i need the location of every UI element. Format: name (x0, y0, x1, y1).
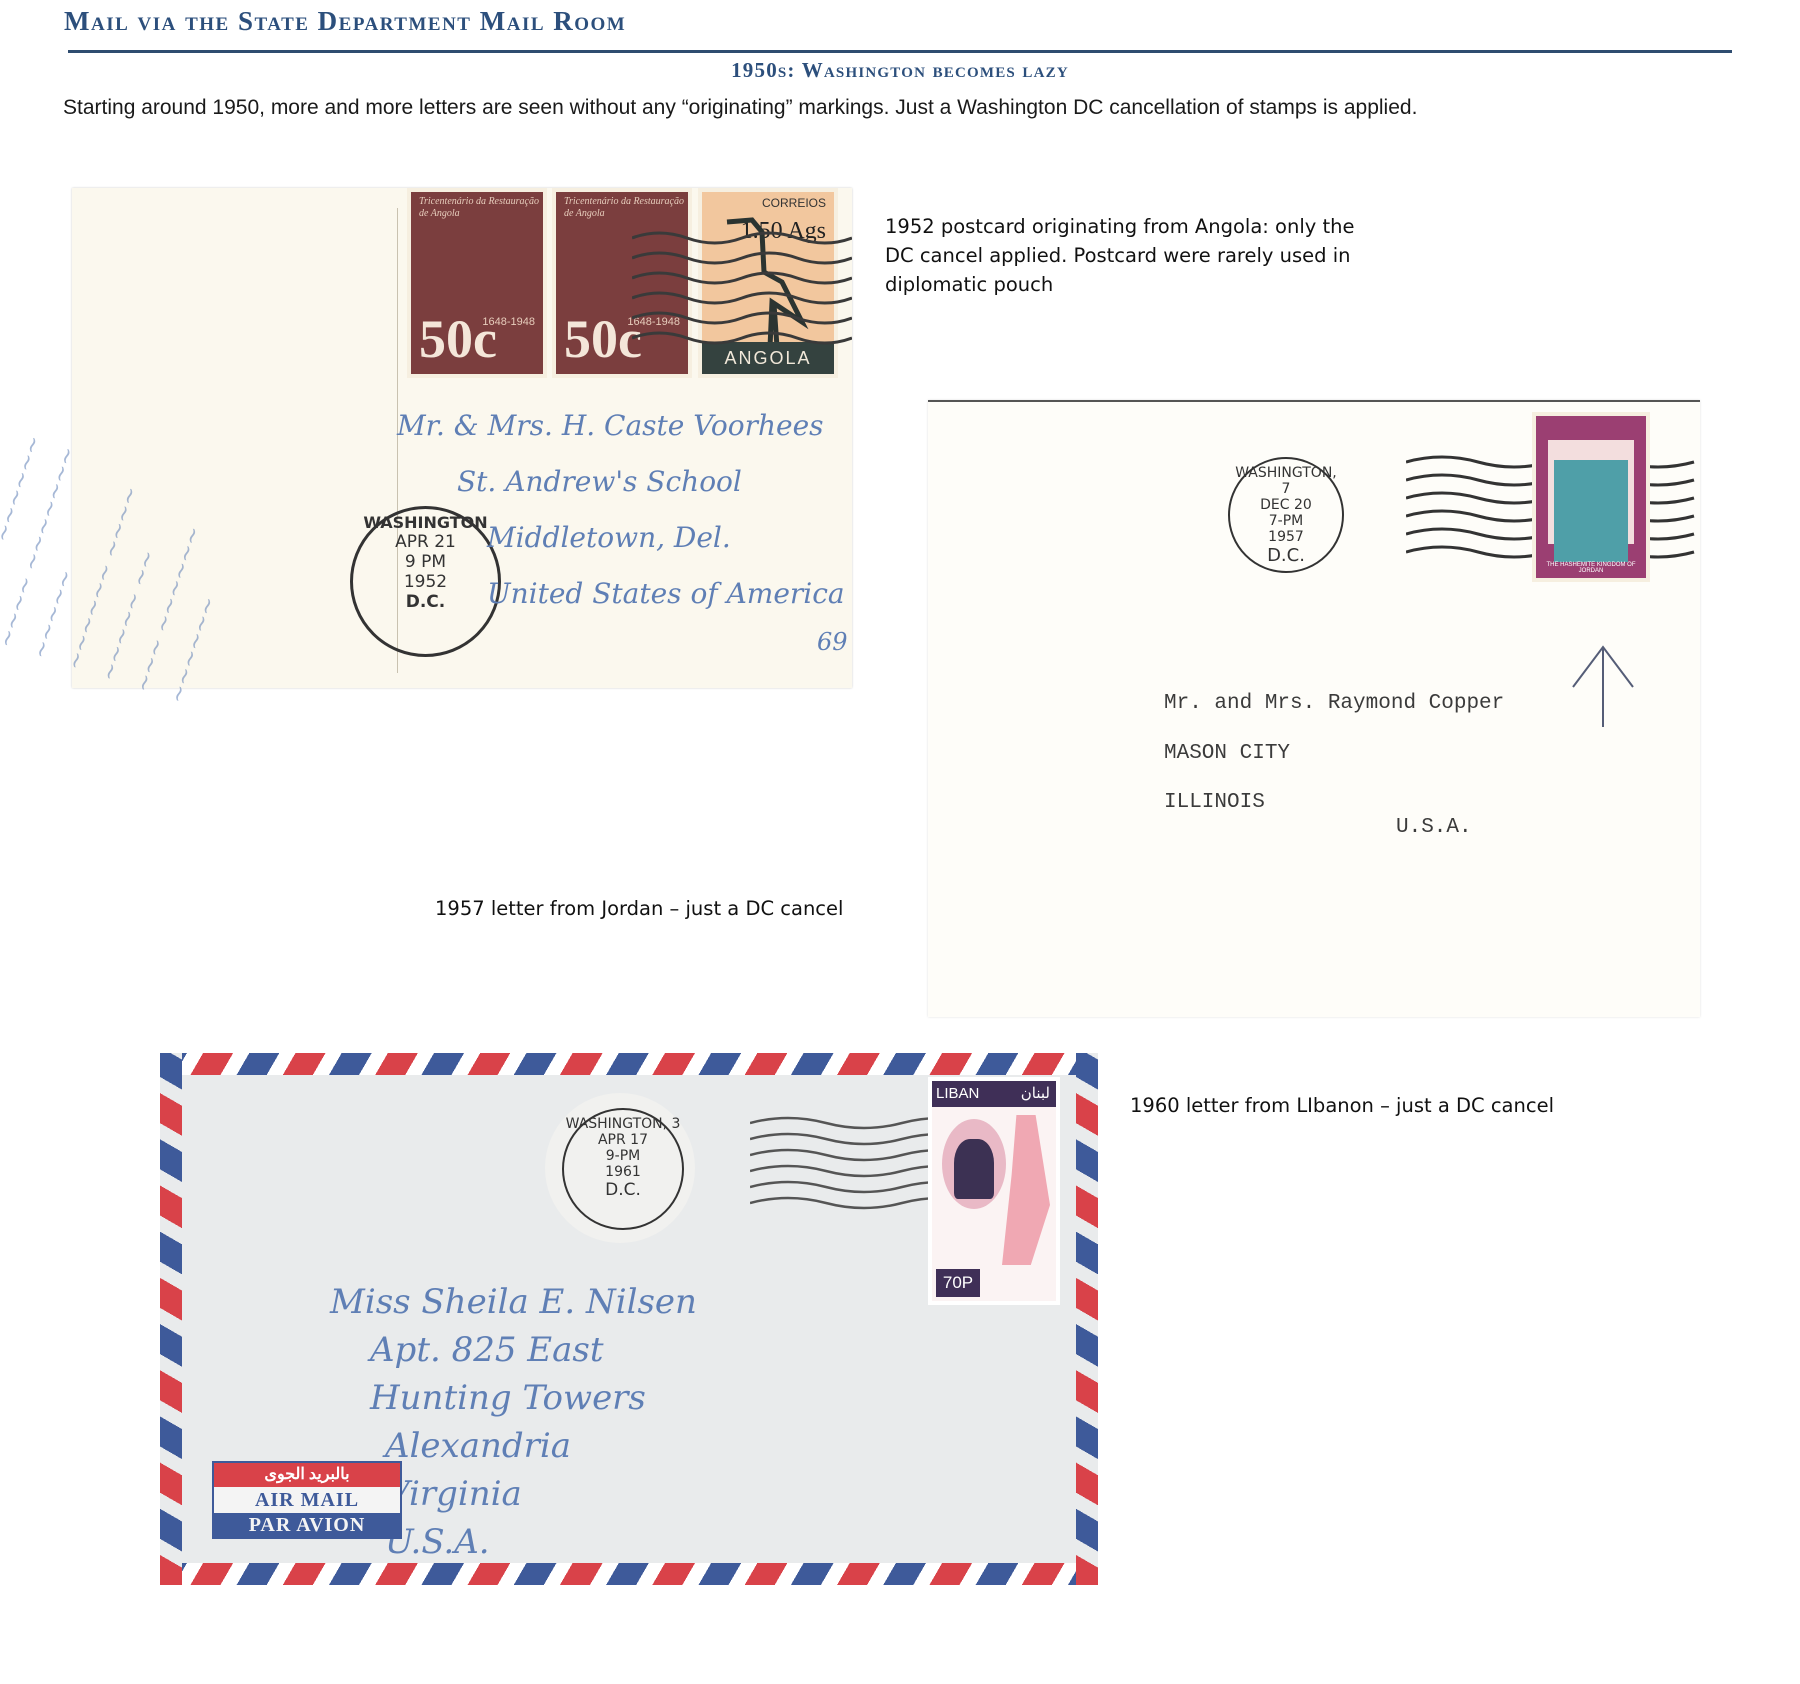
stamp-value: 50c (419, 308, 497, 370)
lebanon-letter-image: WASHINGTON, 3 APR 17 9-PM 1961 D.C. LIBA… (160, 1053, 1098, 1585)
caption-jordan: 1957 letter from Jordan – just a DC canc… (435, 894, 843, 923)
washington-cancel-1957: WASHINGTON, 7 DEC 20 7-PM 1957 D.C. (1228, 457, 1344, 573)
address-line: Hunting Towers (330, 1374, 697, 1422)
jordan-letter-image: WASHINGTON, 7 DEC 20 7-PM 1957 D.C. THE … (928, 400, 1700, 1017)
address-line: MASON CITY (1164, 742, 1290, 765)
stamp-lebanon: LIBAN لبنان 70P (928, 1077, 1060, 1305)
cancel-state: D.C. (564, 1180, 682, 1200)
cancel-city: WASHINGTON, 3 (564, 1116, 682, 1132)
airmail-french: PAR AVION (214, 1513, 400, 1537)
page-title: Mail via the State Department Mail Room (64, 6, 626, 37)
stamp-value: 70P (936, 1269, 980, 1297)
address-line: Miss Sheila E. Nilsen (330, 1278, 697, 1326)
stamp-heading: Tricentenário da Restauração de Angola (564, 196, 688, 220)
airmail-border-bottom (160, 1563, 1098, 1585)
airmail-border-right (1076, 1053, 1098, 1585)
caption-angola: 1952 postcard originating from Angola: o… (885, 212, 1365, 299)
cancel-year: 1957 (1230, 529, 1342, 545)
airmail-english: AIR MAIL (214, 1487, 400, 1513)
cancel-year: 1961 (564, 1164, 682, 1180)
airmail-arabic: بالبريد الجوى (214, 1463, 400, 1487)
arrow-up-icon (1568, 642, 1638, 732)
title-rule (68, 50, 1732, 53)
washington-cancel-1961: WASHINGTON, 3 APR 17 9-PM 1961 D.C. (562, 1108, 684, 1230)
address-line: ILLINOIS (1164, 791, 1265, 814)
wavy-cancel-lines (632, 228, 852, 368)
airmail-border-top (160, 1053, 1098, 1075)
cancel-time: 9-PM (564, 1148, 682, 1164)
cancel-city: WASHINGTON, 7 (1230, 465, 1342, 497)
stamp-top-text: CORREIOS (762, 196, 826, 210)
address-line: St. Andrew's School (397, 454, 845, 510)
pencil-note: 69 (817, 628, 848, 656)
angola-postcard-image: ~~~~~~ ~~~~ ~~~~~ ~~~~~~~~~~ ~~~~~~~ ~~~… (72, 188, 852, 688)
stamp-country-latin: LIBAN (936, 1085, 979, 1102)
stamp-building (1554, 460, 1628, 562)
stamp-bust (954, 1139, 994, 1199)
stamp-value: 50c (564, 308, 642, 370)
address-line: U.S.A. (1396, 816, 1472, 839)
address-line: Apt. 825 East (330, 1326, 697, 1374)
stamp-country-arabic: لبنان (1021, 1081, 1056, 1107)
stamp-angola-50c-1: Tricentenário da Restauração de Angola 1… (407, 188, 547, 378)
stamp-heading: Tricentenário da Restauração de Angola (419, 196, 543, 220)
section-subtitle: 1950s: Washington becomes lazy (0, 58, 1800, 83)
cancel-state: D.C. (1230, 545, 1342, 566)
airmail-border-left (160, 1053, 182, 1585)
intro-text: Starting around 1950, more and more lett… (63, 96, 1417, 120)
cancel-time: 7-PM (1230, 513, 1342, 529)
airmail-label: بالبريد الجوى AIR MAIL PAR AVION (212, 1461, 402, 1539)
cancel-date: DEC 20 (1230, 497, 1342, 513)
stamp-country: LIBAN لبنان (932, 1081, 1056, 1107)
address-line: United States of America (397, 566, 845, 622)
stamp-label: THE HASHEMITE KINGDOM OF JORDAN (1536, 562, 1646, 574)
caption-lebanon: 1960 letter from LIbanon – just a DC can… (1130, 1091, 1554, 1120)
postcard-address: Mr. & Mrs. H. Caste Voorhees St. Andrew'… (397, 398, 845, 622)
cancel-date: APR 17 (564, 1132, 682, 1148)
address-line: Middletown, Del. (397, 510, 845, 566)
address-line: Mr. and Mrs. Raymond Copper (1164, 692, 1504, 715)
stamp-jordan: THE HASHEMITE KINGDOM OF JORDAN (1532, 412, 1650, 582)
address-line: Mr. & Mrs. H. Caste Voorhees (397, 398, 845, 454)
stamp-map (1002, 1115, 1050, 1265)
